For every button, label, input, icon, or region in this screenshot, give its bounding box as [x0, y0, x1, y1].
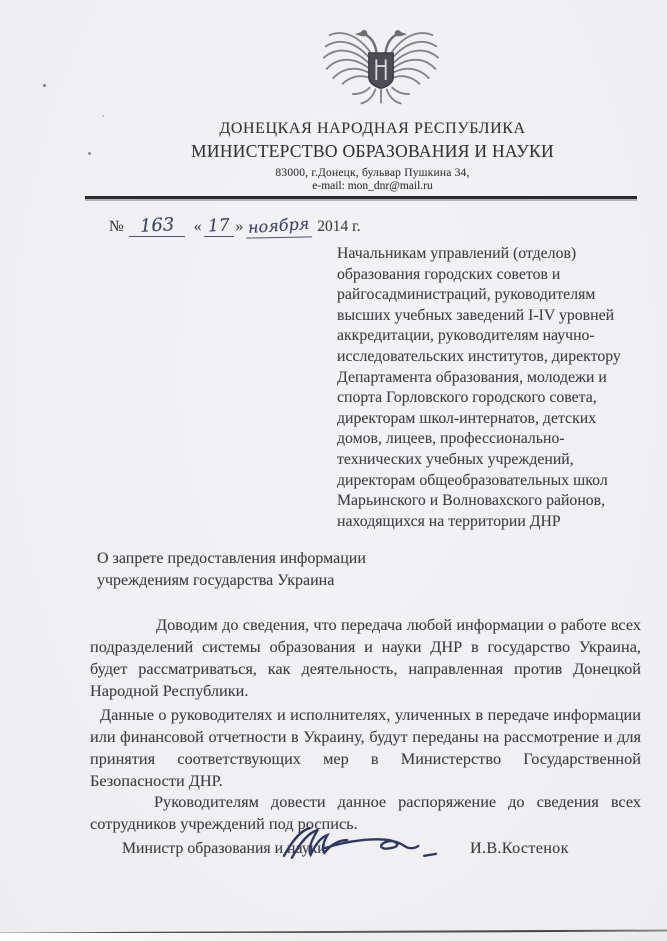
letterhead-divider: [85, 196, 637, 199]
handwritten-number: 163: [139, 215, 174, 237]
reference-line: № 163 « 17 » ноября 2014 г.: [109, 215, 361, 238]
handwritten-day: 17: [207, 215, 230, 236]
number-sign: №: [109, 218, 124, 236]
dnr-double-headed-eagle-icon: [320, 22, 442, 110]
addressee-line: исследовательских институтов, директору: [337, 347, 621, 368]
month-blank: ноября: [246, 215, 312, 238]
addressee-line: находящихся на территории ДНР: [337, 512, 621, 533]
scanned-letter-page: ДОНЕЦКАЯ НАРОДНАЯ РЕСПУБЛИКА МИНИСТЕРСТВ…: [0, 0, 667, 941]
scan-speck: [43, 84, 46, 87]
addressee-line: директорам школ-интернатов, детских: [337, 409, 621, 430]
ministry-email: e-mail: mon_dnr@mail.ru: [85, 180, 660, 192]
subject-line: О запрете предоставления информации: [97, 548, 366, 570]
scan-edge-strip: [0, 933, 667, 941]
addressee-line: аккредитации, руководителям научно-: [337, 326, 621, 347]
close-quote: »: [236, 218, 244, 236]
subject-block: О запрете предоставления информации учре…: [97, 548, 366, 591]
addressee-line: домов, лицеев, профессионально-: [337, 429, 621, 450]
handwritten-signature-icon: [280, 822, 438, 871]
republic-name: ДОНЕЦКАЯ НАРОДНАЯ РЕСПУБЛИКА: [85, 120, 660, 138]
subject-line: учреждениям государства Украина: [97, 570, 366, 592]
addressee-line: высших учебных заведений I-IV уровней: [337, 306, 621, 327]
body-paragraph-1: Доводим до сведения, что передача любой …: [90, 614, 641, 702]
ministry-name: МИНИСТЕРСТВО ОБРАЗОВАНИЯ И НАУКИ: [85, 141, 660, 162]
addressee-line: Марьинского и Волновахского районов,: [337, 491, 621, 512]
year-label: 2014 г.: [317, 218, 360, 236]
addressee-line: Департамента образования, молодежи и: [337, 368, 621, 389]
body-paragraph-2: Данные о руководителях и исполнителях, у…: [90, 704, 641, 792]
addressee-line: спорта Горловского городского совета,: [337, 388, 621, 409]
addressee-line: директорам общеобразовательных школ: [337, 471, 621, 492]
day-blank: 17: [204, 216, 234, 237]
open-quote: «: [194, 218, 202, 236]
signer-name: И.В.Костенок: [470, 839, 569, 858]
addressee-line: райгосадминистраций, руководителям: [337, 285, 621, 306]
reference-number-blank: 163: [129, 215, 185, 237]
scan-speck: [88, 152, 91, 155]
addressee-line: образования городских советов и: [337, 265, 621, 286]
scan-speck: [102, 115, 104, 117]
addressee-line: Начальникам управлений (отделов): [337, 244, 621, 265]
addressee-block: Начальникам управлений (отделов) образов…: [337, 244, 621, 532]
letterhead: ДОНЕЦКАЯ НАРОДНАЯ РЕСПУБЛИКА МИНИСТЕРСТВ…: [85, 120, 660, 192]
addressee-line: технических учебных учреждений,: [337, 450, 621, 471]
handwritten-month: ноября: [248, 214, 311, 238]
ministry-address: 83000, г.Донецк, бульвар Пушкина 34,: [85, 167, 660, 179]
